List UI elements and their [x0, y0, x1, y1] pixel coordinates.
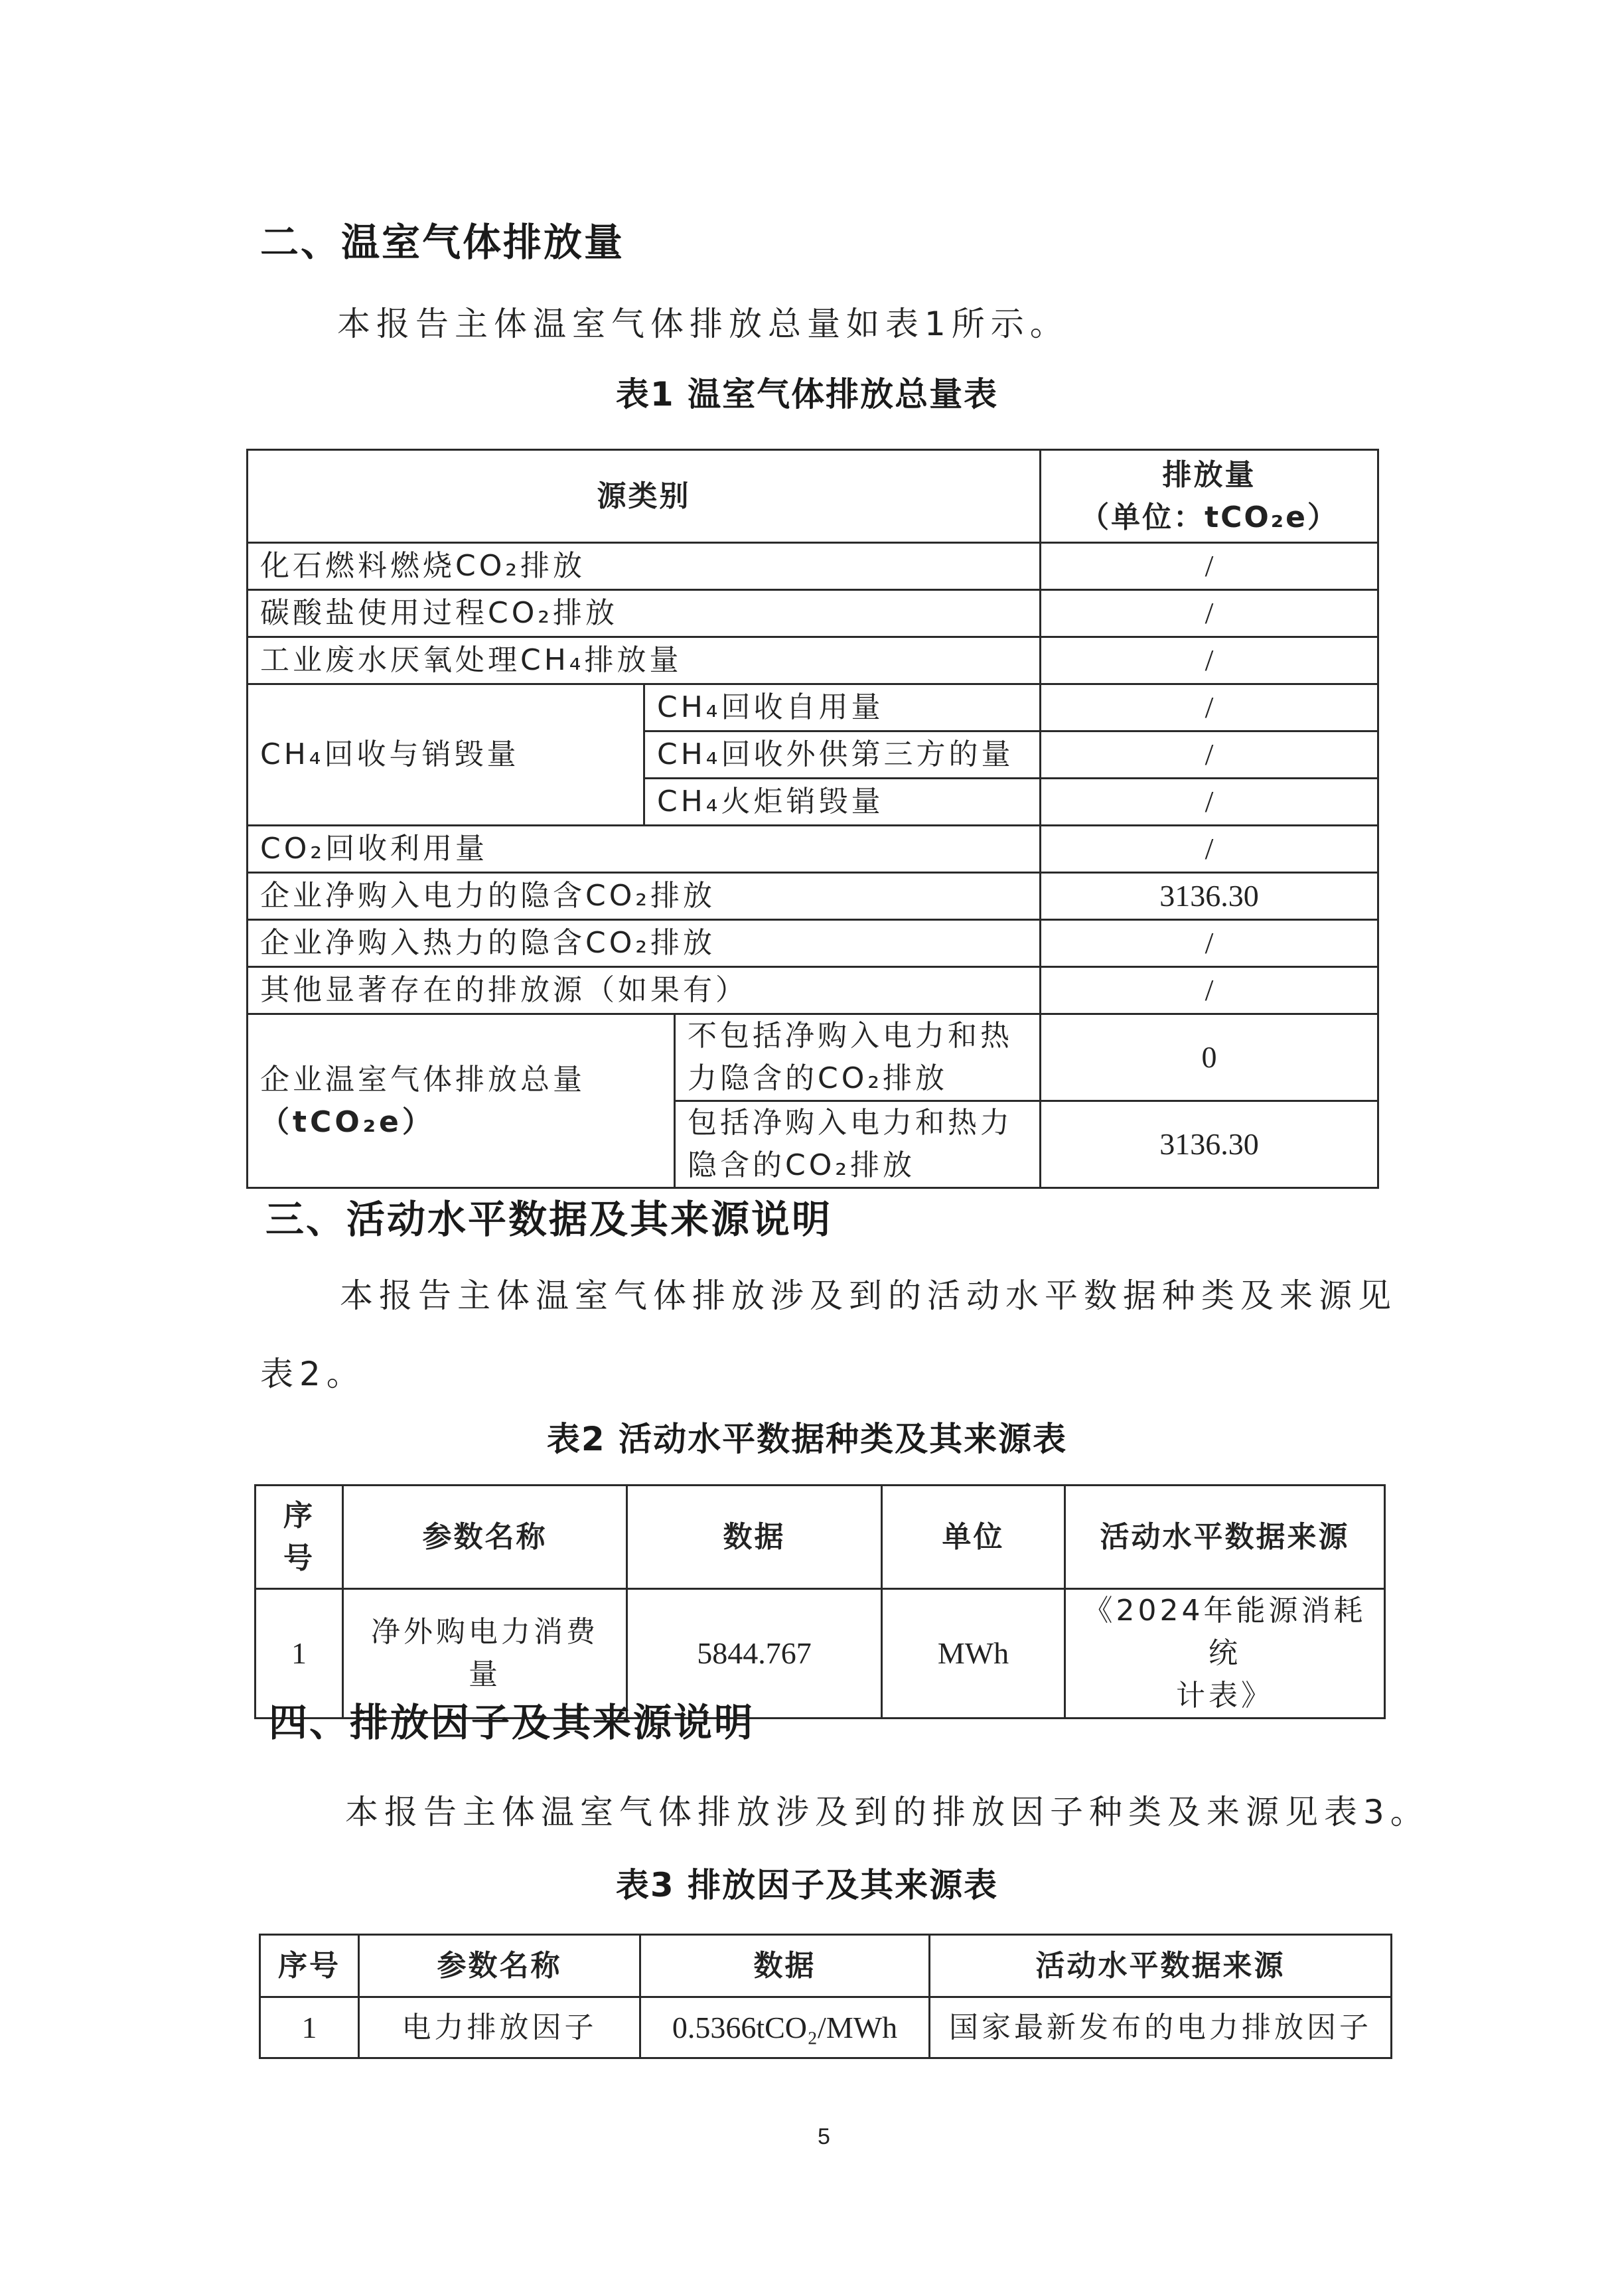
row-label: 工业废水厌氧处理CH₄排放量: [248, 637, 1041, 684]
row-label: 其他显著存在的排放源（如果有）: [248, 967, 1041, 1014]
row-label: 包括净购入电力和热力 隐含的CO₂排放: [675, 1101, 1041, 1188]
row-value: /: [1041, 967, 1378, 1014]
table-3-emission-factors: 序号 参数名称 数据 活动水平数据来源 1 电力排放因子 0.5366tCO₂/…: [259, 1934, 1392, 2059]
row-label: CH₄回收自用量: [644, 684, 1041, 731]
row-label: CH₄回收外供第三方的量: [644, 731, 1041, 779]
table-row: 化石燃料燃烧CO₂排放 /: [248, 543, 1378, 590]
header-index-line2: 号: [256, 1537, 342, 1580]
section-2-paragraph: 本报告主体温室气体排放总量如表1所示。: [337, 297, 1069, 345]
table-2-caption: 表2 活动水平数据种类及其来源表: [0, 1413, 1614, 1460]
header-param: 参数名称: [359, 1935, 640, 1997]
source-line2: 计表》: [1078, 1675, 1372, 1717]
row-value: /: [1041, 731, 1378, 779]
header-emission-line1: 排放量: [1053, 454, 1365, 497]
row-value: /: [1041, 826, 1378, 873]
row-label: 企业净购入热力的隐含CO₂排放: [248, 920, 1041, 967]
header-data: 数据: [640, 1935, 930, 1997]
total-group-label: 企业温室气体排放总量 （tCO₂e）: [248, 1014, 675, 1188]
section-3-heading: 三、活动水平数据及其来源说明: [265, 1188, 832, 1244]
section-3-paragraph-line2: 表2。: [260, 1347, 366, 1395]
row-label: 企业净购入电力的隐含CO₂排放: [248, 873, 1041, 920]
row-label: CH₄火炬销毁量: [644, 779, 1041, 826]
header-index: 序号: [260, 1935, 359, 1997]
row-value: 0: [1041, 1014, 1378, 1101]
label-line1: 包括净购入电力和热力: [688, 1102, 1027, 1144]
page-number: 5: [818, 2124, 830, 2150]
total-label-line1: 企业温室气体排放总量: [260, 1059, 662, 1101]
row-value: /: [1041, 590, 1378, 637]
header-data: 数据: [627, 1486, 882, 1589]
table-row: CO₂回收利用量 /: [248, 826, 1378, 873]
label-line2: 力隐含的CO₂排放: [688, 1057, 1027, 1100]
cell-data: 0.5366tCO₂/MWh: [640, 1997, 930, 2058]
cell-param: 电力排放因子: [359, 1997, 640, 2058]
table-3-caption: 表3 排放因子及其来源表: [0, 1859, 1614, 1906]
ch4-group-label: CH₄回收与销毁量: [248, 684, 644, 826]
header-emission: 排放量 （单位：tCO₂e）: [1041, 450, 1378, 543]
section-4-heading: 四、排放因子及其来源说明: [269, 1691, 755, 1747]
header-index-line1: 序: [256, 1495, 342, 1537]
table-row: CH₄回收与销毁量 CH₄回收自用量 /: [248, 684, 1378, 731]
row-label: 不包括净购入电力和热 力隐含的CO₂排放: [675, 1014, 1041, 1101]
header-param: 参数名称: [343, 1486, 627, 1589]
header-index: 序 号: [256, 1486, 343, 1589]
section-4-paragraph: 本报告主体温室气体排放涉及到的排放因子种类及来源见表3。: [345, 1786, 1430, 1833]
section-3-paragraph-line1: 本报告主体温室气体排放涉及到的活动水平数据种类及来源见: [340, 1269, 1397, 1317]
row-value: /: [1041, 684, 1378, 731]
row-value: 3136.30: [1041, 873, 1378, 920]
row-value: /: [1041, 920, 1378, 967]
row-value: /: [1041, 543, 1378, 590]
label-line2: 隐含的CO₂排放: [688, 1144, 1027, 1187]
header-source: 活动水平数据来源: [930, 1935, 1392, 1997]
param-line1: 净外购电力消费: [356, 1611, 614, 1653]
table-3-header-row: 序号 参数名称 数据 活动水平数据来源: [260, 1935, 1392, 1997]
cell-index: 1: [260, 1997, 359, 2058]
table-row: 工业废水厌氧处理CH₄排放量 /: [248, 637, 1378, 684]
table-2-activity-data: 序 号 参数名称 数据 单位 活动水平数据来源 1 净外购电力消费 量 5844…: [254, 1484, 1386, 1719]
cell-unit: MWh: [882, 1589, 1065, 1719]
table-row: 1 电力排放因子 0.5366tCO₂/MWh 国家最新发布的电力排放因子: [260, 1997, 1392, 2058]
table-row: 企业净购入热力的隐含CO₂排放 /: [248, 920, 1378, 967]
table-row: 企业温室气体排放总量 （tCO₂e） 不包括净购入电力和热 力隐含的CO₂排放 …: [248, 1014, 1378, 1101]
header-source: 活动水平数据来源: [1065, 1486, 1385, 1589]
cell-source: 《2024年能源消耗统 计表》: [1065, 1589, 1385, 1719]
total-label-line2: （tCO₂e）: [260, 1101, 662, 1144]
param-line2: 量: [356, 1653, 614, 1696]
source-line1: 《2024年能源消耗统: [1078, 1590, 1372, 1675]
row-label: 化石燃料燃烧CO₂排放: [248, 543, 1041, 590]
row-value: 3136.30: [1041, 1101, 1378, 1188]
header-unit: 单位: [882, 1486, 1065, 1589]
row-label: 碳酸盐使用过程CO₂排放: [248, 590, 1041, 637]
table-1-header-row: 源类别 排放量 （单位：tCO₂e）: [248, 450, 1378, 543]
row-label: CO₂回收利用量: [248, 826, 1041, 873]
table-row: 其他显著存在的排放源（如果有） /: [248, 967, 1378, 1014]
table-row: 企业净购入电力的隐含CO₂排放 3136.30: [248, 873, 1378, 920]
row-value: /: [1041, 637, 1378, 684]
label-line1: 不包括净购入电力和热: [688, 1015, 1027, 1057]
table-1-ghg-totals: 源类别 排放量 （单位：tCO₂e） 化石燃料燃烧CO₂排放 / 碳酸盐使用过程…: [246, 449, 1379, 1189]
cell-source: 国家最新发布的电力排放因子: [930, 1997, 1392, 2058]
row-value: /: [1041, 779, 1378, 826]
table-1-caption: 表1 温室气体排放总量表: [0, 368, 1614, 416]
header-source-type: 源类别: [248, 450, 1041, 543]
header-emission-line2: （单位：tCO₂e）: [1053, 497, 1365, 539]
table-2-header-row: 序 号 参数名称 数据 单位 活动水平数据来源: [256, 1486, 1385, 1589]
section-2-heading: 二、温室气体排放量: [260, 211, 624, 267]
table-row: 碳酸盐使用过程CO₂排放 /: [248, 590, 1378, 637]
